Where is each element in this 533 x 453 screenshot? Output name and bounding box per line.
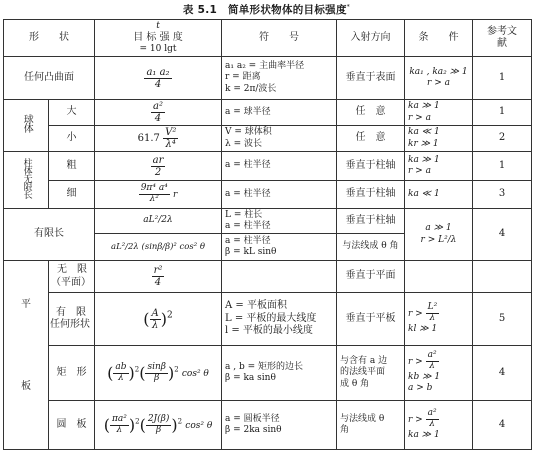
header-incidence: 入射方向: [337, 20, 405, 57]
table-row: 任何凸曲面 a₁ a₂4 a₁ a₂ = 主曲率半径 r = 距离 k = 2π…: [4, 57, 532, 100]
incidence-cell: 垂直于柱轴: [337, 181, 405, 209]
condition-cell: ka ≫ 1 r > a: [405, 100, 473, 126]
shape-cell: 小: [49, 126, 95, 152]
incidence-cell: 垂直于平面: [337, 261, 405, 293]
incidence-cell: 与含有 a 边 的法线平面 成 θ 角: [337, 346, 405, 401]
table-row: 有限长 aL²/2λ L = 柱长 a = 柱半径 垂直于柱轴 a ≫ 1 r …: [4, 209, 532, 234]
ref-cell: 4: [473, 346, 532, 401]
ts-fraction: a₁ a₂4: [144, 67, 171, 90]
shape-cell: 圆 板: [49, 401, 95, 450]
group-cylinder-infinite: 柱体无限长: [4, 152, 49, 209]
table-row: 圆 板 (πa²λ)2(2J(β)β)2 cos² θ a = 圆板半径 β =…: [4, 401, 532, 450]
table-row: 球体 大 a²4 a = 球半径 任 意 ka ≫ 1 r > a 1: [4, 100, 532, 126]
incidence-cell: 与法线成 θ 角: [337, 234, 405, 261]
ref-cell: [473, 261, 532, 293]
table-row: 柱体无限长 粗 ar2 a = 柱半径 垂直于柱轴 ka ≫ 1 r > a 1: [4, 152, 532, 181]
shape-cell: 细: [49, 181, 95, 209]
table-row: 小 61.7 V²λ⁴ V = 球体积 λ = 波长 任 意 ka ≪ 1 kr…: [4, 126, 532, 152]
group-plate-top: 平: [4, 299, 48, 312]
table-row: 有 限 任何形状 (Aλ)2 A = 平板面积 L = 平板的最大线度 l = …: [4, 293, 532, 346]
ts-cell: 61.7 V²λ⁴: [95, 126, 222, 152]
table-title: 表 5.1 简单形状物体的目标强度*: [0, 2, 533, 17]
condition-cell: a ≫ 1 r > L²/λ: [405, 209, 473, 261]
symbol-cell: a = 柱半径: [222, 152, 337, 181]
ref-cell: 3: [473, 181, 532, 209]
incidence-cell: 与法线成 θ 角: [337, 401, 405, 450]
symbol-cell: a = 柱半径: [222, 181, 337, 209]
ts-cell: a²4: [95, 100, 222, 126]
incidence-cell: 任 意: [337, 126, 405, 152]
shape-cell: 有限长: [4, 209, 95, 261]
header-symbol: 符 号: [222, 20, 337, 57]
incidence-cell: 任 意: [337, 100, 405, 126]
condition-cell: [405, 261, 473, 293]
shape-cell: 有 限 任何形状: [49, 293, 95, 346]
ts-cell: (abλ)2(sinββ)2 cos² θ: [95, 346, 222, 401]
symbol-cell: a = 球半径: [222, 100, 337, 126]
header-row: 形 状 t 目 标 强 度 = 10 lgt 符 号 入射方向 条 件 参考文献: [4, 20, 532, 57]
target-strength-table: 形 状 t 目 标 强 度 = 10 lgt 符 号 入射方向 条 件 参考文献…: [3, 19, 532, 450]
incidence-cell: 垂直于表面: [337, 57, 405, 100]
group-plate: 平 板: [4, 261, 49, 450]
symbol-cell: V = 球体积 λ = 波长: [222, 126, 337, 152]
header-condition: 条 件: [405, 20, 473, 57]
header-ref: 参考文献: [473, 20, 532, 57]
symbol-cell: a = 圆板半径 β = 2ka sinθ: [222, 401, 337, 450]
symbol-cell: L = 柱长 a = 柱半径: [222, 209, 337, 234]
condition-cell: r > a²λ kb ≫ 1 a > b: [405, 346, 473, 401]
incidence-cell: 垂直于平板: [337, 293, 405, 346]
symbol-cell: A = 平板面积 L = 平板的最大线度 l = 平板的最小线度: [222, 293, 337, 346]
symbol-cell: a , b = 矩形的边长 β = ka sinθ: [222, 346, 337, 401]
condition-cell: ka ≫ 1 r > a: [405, 152, 473, 181]
ref-cell: 2: [473, 126, 532, 152]
ts-cell: 9π⁴ a⁴λ² r: [95, 181, 222, 209]
ref-cell: 1: [473, 100, 532, 126]
ref-cell: 4: [473, 401, 532, 450]
header-ts-main: 目 标 强 度: [98, 32, 218, 45]
condition-cell: ka₁ , ka₂ ≫ 1 r > a: [405, 57, 473, 100]
symbol-cell: [222, 261, 337, 293]
symbol-cell: a₁ a₂ = 主曲率半径 r = 距离 k = 2π/波长: [222, 57, 337, 100]
group-sphere: 球体: [4, 100, 49, 152]
ref-cell: 1: [473, 152, 532, 181]
condition-cell: ka ≪ 1 kr ≫ 1: [405, 126, 473, 152]
ref-cell: 1: [473, 57, 532, 100]
ref-cell: 5: [473, 293, 532, 346]
table-row: 平 板 无 限 （平面） r²4 垂直于平面: [4, 261, 532, 293]
ts-cell: (πa²λ)2(2J(β)β)2 cos² θ: [95, 401, 222, 450]
ts-cell: a₁ a₂4: [95, 57, 222, 100]
header-shape: 形 状: [4, 20, 95, 57]
condition-cell: r > a²λ ka ≫ 1: [405, 401, 473, 450]
header-ts-top: t: [98, 21, 218, 32]
condition-cell: r > L²λ kl ≫ 1: [405, 293, 473, 346]
shape-cell: 大: [49, 100, 95, 126]
shape-cell: 无 限 （平面）: [49, 261, 95, 293]
shape-cell: 矩 形: [49, 346, 95, 401]
incidence-cell: 垂直于柱轴: [337, 152, 405, 181]
shape-cell: 任何凸曲面: [4, 57, 95, 100]
ts-cell: aL²/2λ: [95, 209, 222, 234]
table-title-text: 表 5.1 简单形状物体的目标强度: [183, 4, 347, 16]
ts-cell: (Aλ)2: [95, 293, 222, 346]
table-row: 细 9π⁴ a⁴λ² r a = 柱半径 垂直于柱轴 ka ≪ 1 3: [4, 181, 532, 209]
condition-cell: ka ≪ 1: [405, 181, 473, 209]
ts-cell: aL²/2λ (sinβ/β)² cos² θ: [95, 234, 222, 261]
header-ts-bottom: = 10 lgt: [98, 44, 218, 55]
ts-cell: r²4: [95, 261, 222, 293]
header-target-strength: t 目 标 强 度 = 10 lgt: [95, 20, 222, 57]
shape-cell: 粗: [49, 152, 95, 181]
symbol-cell: a = 柱半径 β = kL sinθ: [222, 234, 337, 261]
group-plate-bottom: 板: [4, 381, 48, 394]
footnote-mark: *: [347, 4, 350, 11]
table-row: 矩 形 (abλ)2(sinββ)2 cos² θ a , b = 矩形的边长 …: [4, 346, 532, 401]
ref-cell: 4: [473, 209, 532, 261]
incidence-cell: 垂直于柱轴: [337, 209, 405, 234]
ts-cell: ar2: [95, 152, 222, 181]
